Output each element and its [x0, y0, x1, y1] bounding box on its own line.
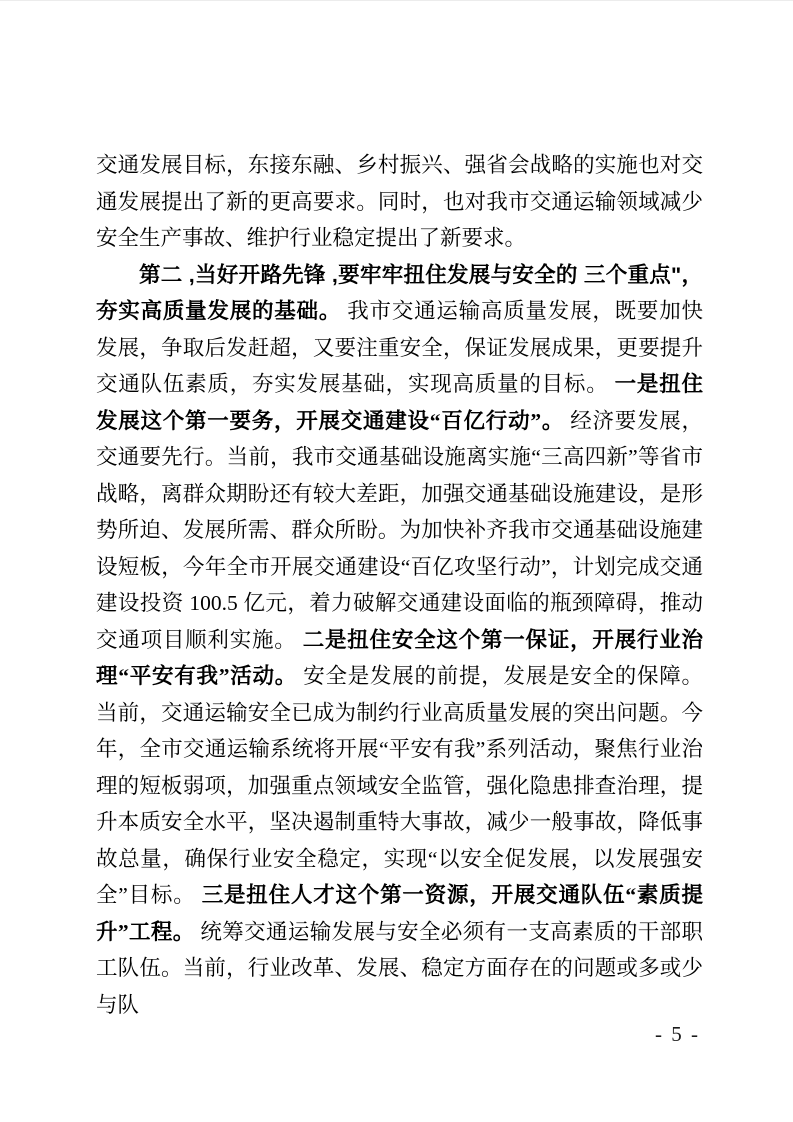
text-run-continuation: 交通发展目标，东接东融、乡村振兴、强省会战略的实施也对交通发展提出了新的更高要求…: [96, 153, 703, 250]
paragraph-continuation: 交通发展目标，东接东融、乡村振兴、强省会战略的实施也对交通发展提出了新的更高要求…: [96, 147, 703, 257]
text-run-body-3: 安全是发展的前提，发展是安全的保障。当前，交通运输安全已成为制约行业高质量发展的…: [96, 664, 703, 907]
document-body: 交通发展目标，东接东融、乡村振兴、强省会战略的实施也对交通发展提出了新的更高要求…: [96, 147, 703, 1023]
text-run-body-2: 经济要发展，交通要先行。当前，我市交通基础设施离实施“三高四新”等省市战略，离群…: [96, 409, 703, 652]
page-number: - 5 -: [0, 1021, 700, 1047]
paragraph-section-two: 第二 ,当好开路先锋 ,要牢牢扭住发展与安全的 三个重点"，夯实高质量发展的基础…: [96, 257, 703, 1024]
